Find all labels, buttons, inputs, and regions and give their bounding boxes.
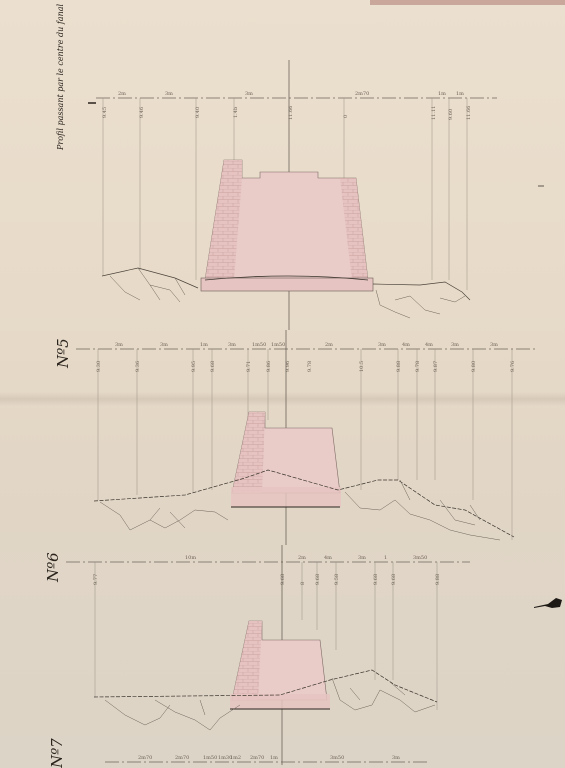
section-profile-6: Nº6 9.77 9.68 8 9.68 9.58 9.68 9.68 9.88… xyxy=(44,545,470,765)
svg-text:9.78: 9.78 xyxy=(415,361,421,372)
drawing-canvas: Profil passant par le centre du fanal 9.… xyxy=(0,0,565,768)
svg-text:1m50: 1m50 xyxy=(271,342,285,348)
svg-text:1: 1 xyxy=(384,555,387,561)
svg-text:9.71: 9.71 xyxy=(246,361,252,372)
svg-text:1m: 1m xyxy=(270,755,278,761)
svg-text:9.46: 9.46 xyxy=(139,107,145,118)
section-label: Nº7 xyxy=(48,738,66,768)
rock-profile-right xyxy=(332,678,435,712)
svg-text:3m: 3m xyxy=(165,91,173,97)
svg-text:2m70: 2m70 xyxy=(138,755,152,761)
svg-text:3m: 3m xyxy=(228,342,236,348)
rock-profile-right xyxy=(345,480,500,540)
svg-text:3m50: 3m50 xyxy=(413,555,427,561)
svg-text:1.4b: 1.4b xyxy=(233,107,239,118)
svg-text:10.5: 10.5 xyxy=(359,361,365,372)
svg-text:3m: 3m xyxy=(490,342,498,348)
svg-text:3m: 3m xyxy=(358,555,366,561)
svg-text:2m: 2m xyxy=(298,555,306,561)
svg-text:9.86: 9.86 xyxy=(266,361,272,372)
svg-text:2m70: 2m70 xyxy=(175,755,189,761)
svg-text:9.40: 9.40 xyxy=(195,107,201,118)
svg-text:9.58: 9.58 xyxy=(334,574,340,585)
rock-profile-left xyxy=(100,502,228,530)
svg-text:2m70: 2m70 xyxy=(250,755,264,761)
svg-text:1m50: 1m50 xyxy=(252,342,266,348)
svg-text:9.87: 9.87 xyxy=(433,361,439,372)
svg-text:9.88: 9.88 xyxy=(396,361,402,372)
rock-profile-left xyxy=(105,700,240,730)
svg-text:3m: 3m xyxy=(245,91,253,97)
svg-text:1m50: 1m50 xyxy=(203,755,217,761)
svg-text:8: 8 xyxy=(300,582,306,585)
svg-text:10m: 10m xyxy=(185,555,196,561)
svg-text:1m: 1m xyxy=(456,91,464,97)
svg-text:1m2: 1m2 xyxy=(230,755,241,761)
svg-text:9.78: 9.78 xyxy=(307,361,313,372)
section-profile-center: Profil passant par le centre du fanal 9.… xyxy=(56,4,497,330)
svg-text:3m: 3m xyxy=(392,755,400,761)
svg-text:2m70: 2m70 xyxy=(355,91,369,97)
svg-text:9.68: 9.68 xyxy=(391,574,397,585)
svg-text:4m: 4m xyxy=(425,342,433,348)
svg-text:9.96: 9.96 xyxy=(285,361,291,372)
svg-text:2m: 2m xyxy=(325,342,333,348)
svg-text:4m: 4m xyxy=(324,555,332,561)
svg-text:9.77: 9.77 xyxy=(93,574,99,585)
svg-text:1m: 1m xyxy=(200,342,208,348)
svg-text:9.45: 9.45 xyxy=(102,107,108,118)
section-profile-7: Nº7 2m702m701m50 1m301m22m70 1m3m503m xyxy=(48,738,430,768)
svg-text:2m: 2m xyxy=(118,91,126,97)
svg-text:9.88: 9.88 xyxy=(435,574,441,585)
svg-text:11.66: 11.66 xyxy=(288,106,294,120)
svg-text:3m: 3m xyxy=(115,342,123,348)
svg-text:4m: 4m xyxy=(402,342,410,348)
ink-blot xyxy=(534,598,562,608)
section-profile-5: Nº5 9.30 9.36 9.95 9.68 9.71 9.86 9.96 9… xyxy=(54,330,535,545)
svg-text:3m: 3m xyxy=(378,342,386,348)
svg-text:3m: 3m xyxy=(451,342,459,348)
svg-text:3m: 3m xyxy=(160,342,168,348)
section-label: Nº5 xyxy=(54,338,72,369)
svg-text:11.66: 11.66 xyxy=(466,106,472,120)
svg-text:9.60: 9.60 xyxy=(448,109,454,120)
svg-text:9.68: 9.68 xyxy=(280,574,286,585)
svg-text:9.68: 9.68 xyxy=(210,361,216,372)
svg-text:9.80: 9.80 xyxy=(471,361,477,372)
svg-text:9.95: 9.95 xyxy=(191,361,197,372)
svg-text:3m50: 3m50 xyxy=(330,755,344,761)
profile-title: Profil passant par le centre du fanal xyxy=(56,4,65,151)
svg-text:11.11: 11.11 xyxy=(431,106,437,120)
svg-text:9.30: 9.30 xyxy=(96,361,102,372)
foundation xyxy=(201,278,373,291)
svg-text:9.68: 9.68 xyxy=(315,574,321,585)
section-label: Nº6 xyxy=(44,552,62,583)
svg-text:9.36: 9.36 xyxy=(135,361,141,372)
svg-text:9.68: 9.68 xyxy=(373,574,379,585)
svg-text:9.76: 9.76 xyxy=(510,361,516,372)
svg-text:1m: 1m xyxy=(438,91,446,97)
rock-profile-right xyxy=(373,282,470,300)
svg-text:0: 0 xyxy=(343,115,349,118)
